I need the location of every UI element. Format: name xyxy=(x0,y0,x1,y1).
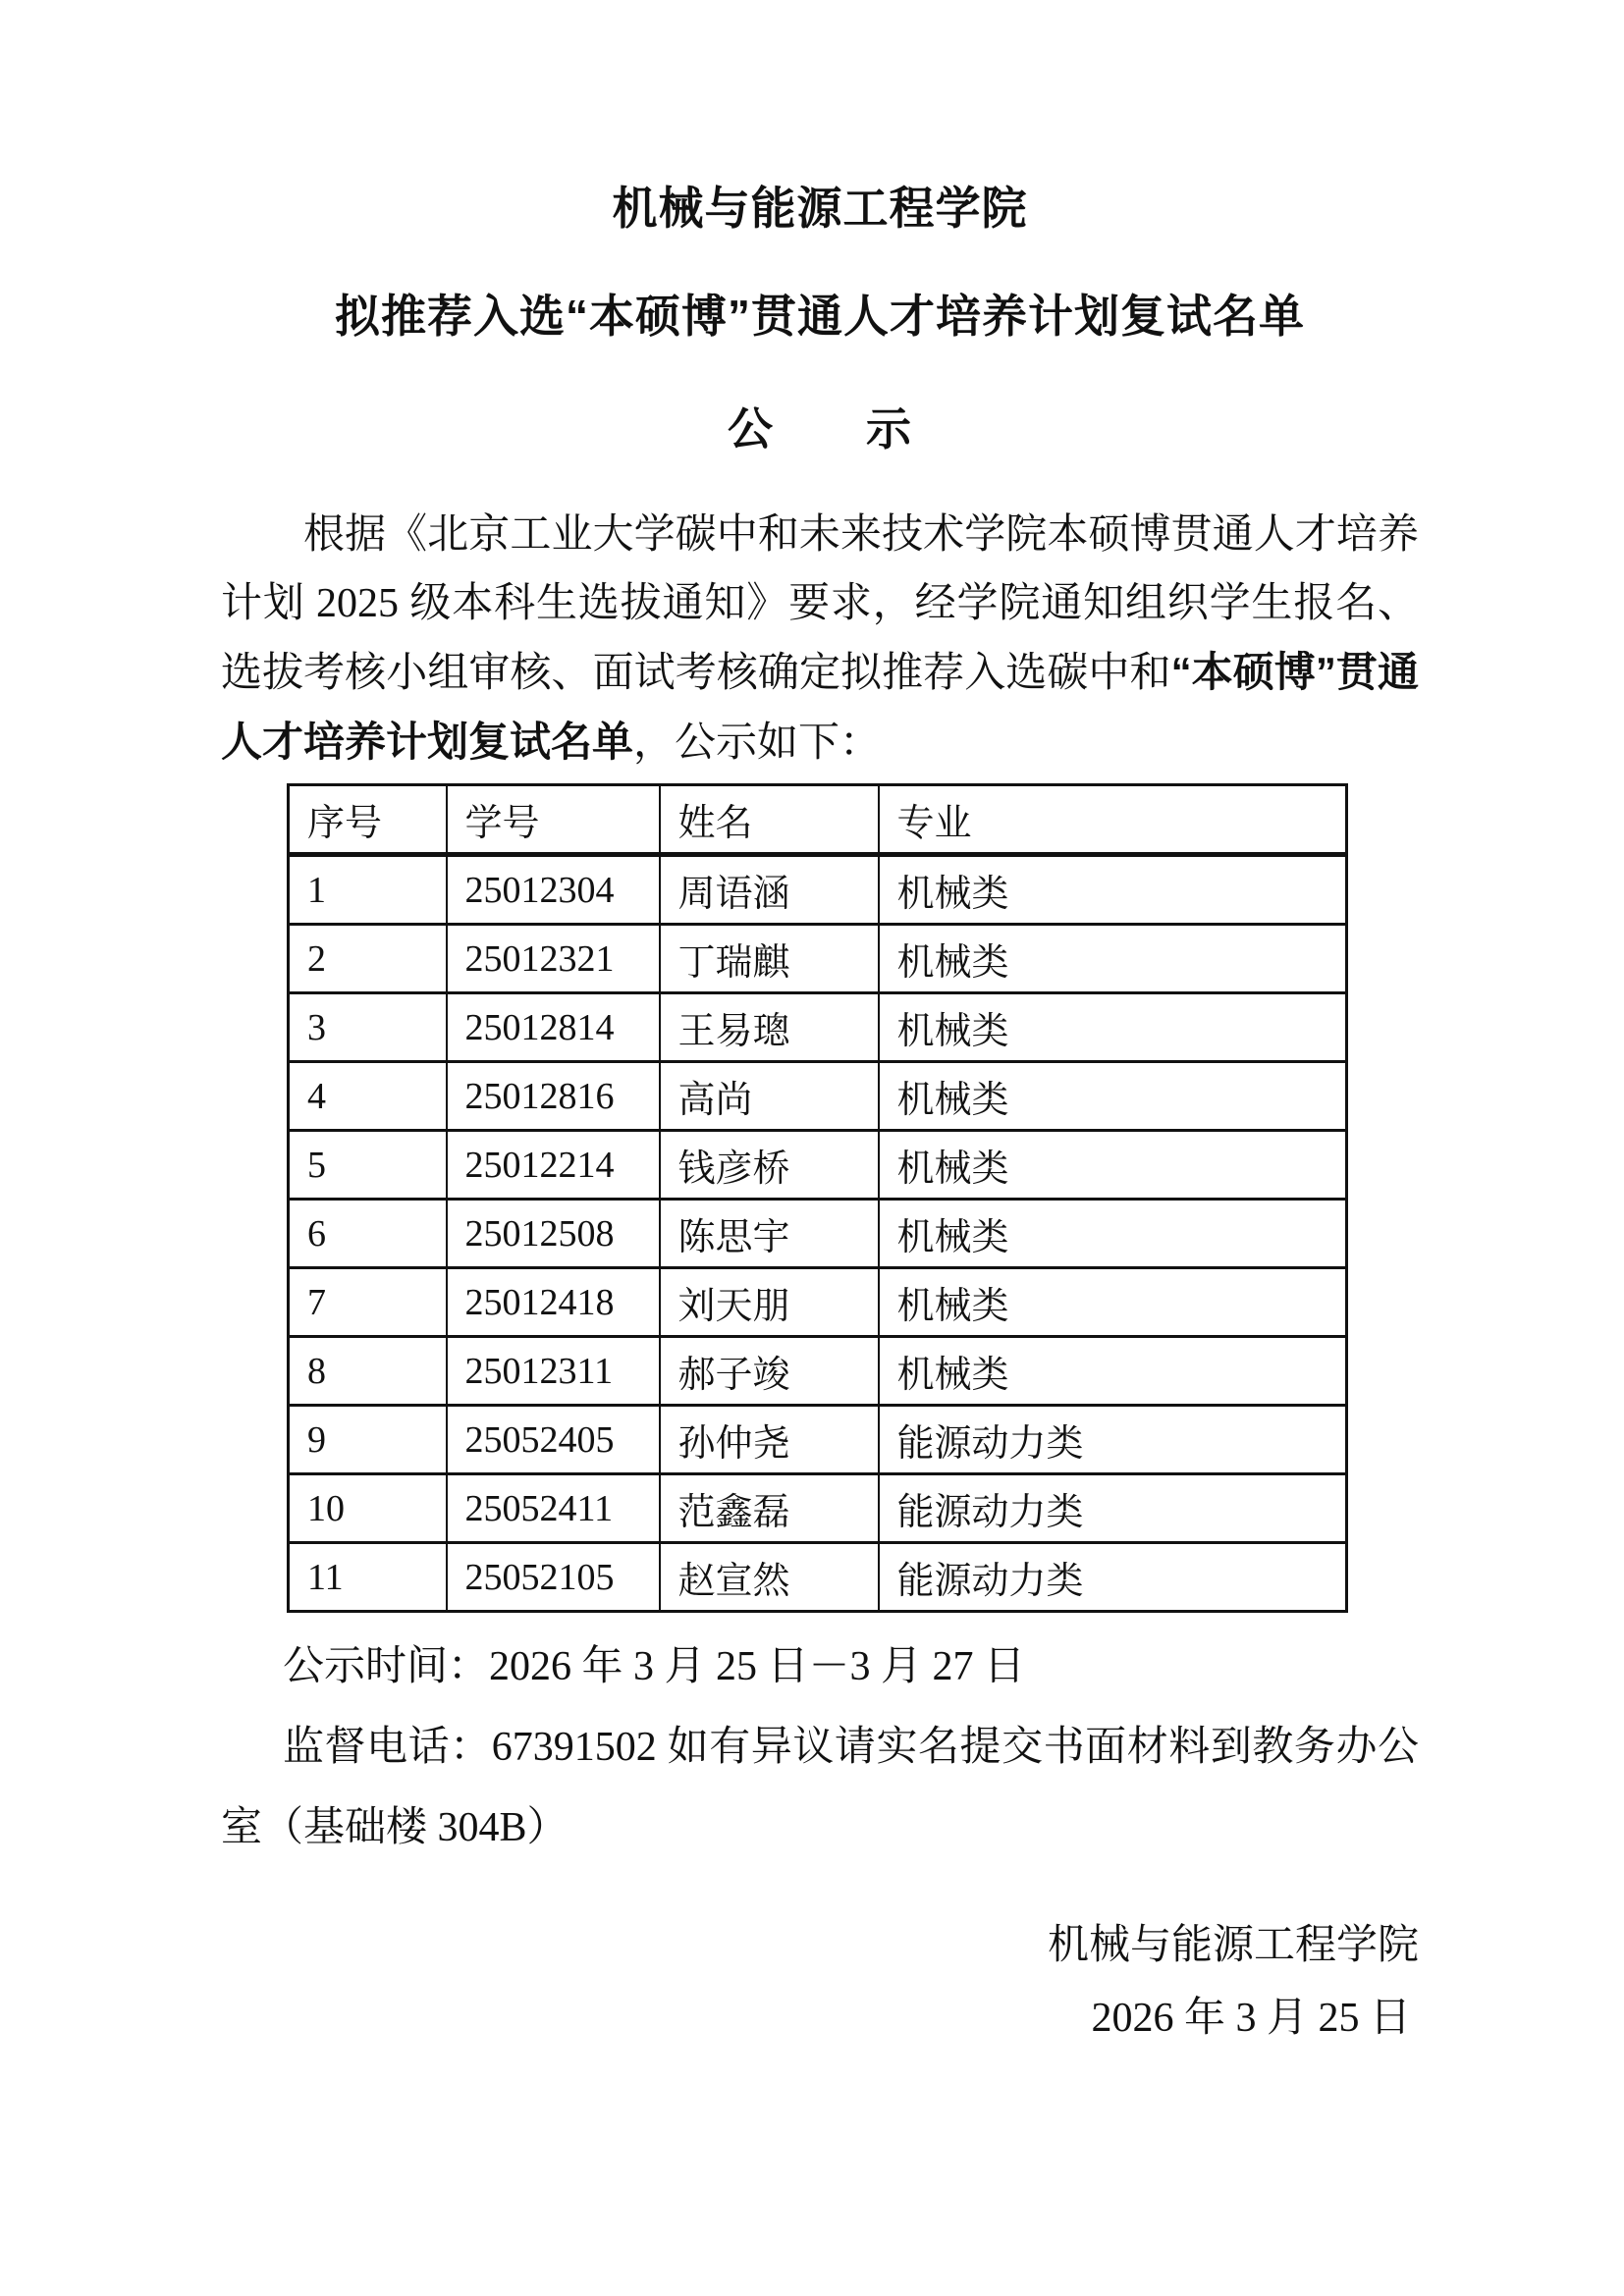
cell-serial-number: 1 xyxy=(289,855,447,925)
cell-serial-number: 10 xyxy=(289,1474,447,1543)
candidate-table: 序号 学号 姓名 专业 125012304周语涵机械类225012321丁瑞麒机… xyxy=(287,783,1348,1613)
table-header-row: 序号 学号 姓名 专业 xyxy=(289,785,1347,855)
cell-student-id: 25012508 xyxy=(447,1200,660,1268)
cell-student-id: 25052405 xyxy=(447,1406,660,1474)
cell-student-id: 25052411 xyxy=(447,1474,660,1543)
table-row: 325012814王易璁机械类 xyxy=(289,993,1347,1062)
intro-tail: ，公示如下： xyxy=(633,721,881,766)
cell-major: 能源动力类 xyxy=(879,1474,1347,1543)
cell-student-id: 25012214 xyxy=(447,1131,660,1200)
cell-student-id: 25012304 xyxy=(447,855,660,925)
header-major: 专业 xyxy=(879,785,1347,855)
cell-serial-number: 8 xyxy=(289,1337,447,1406)
table-row: 1125052105赵宣然能源动力类 xyxy=(289,1543,1347,1612)
cell-serial-number: 11 xyxy=(289,1543,447,1612)
cell-major: 机械类 xyxy=(879,1062,1347,1131)
table-row: 425012816高尚机械类 xyxy=(289,1062,1347,1131)
cell-student-id: 25012311 xyxy=(447,1337,660,1406)
table-row: 1025052411范鑫磊能源动力类 xyxy=(289,1474,1347,1543)
cell-major: 能源动力类 xyxy=(879,1543,1347,1612)
document-page: 机械与能源工程学院 拟推荐入选“本硕博”贯通人才培养计划复试名单 公 示 根据《… xyxy=(0,0,1624,2296)
cell-name: 周语涵 xyxy=(660,855,879,925)
cell-student-id: 25012814 xyxy=(447,993,660,1062)
cell-name: 钱彦桥 xyxy=(660,1131,879,1200)
cell-name: 王易璁 xyxy=(660,993,879,1062)
cell-name: 陈思宇 xyxy=(660,1200,879,1268)
table-row: 125012304周语涵机械类 xyxy=(289,855,1347,925)
publicity-period-line: 公示时间：2026 年 3 月 25 日－3 月 27 日 xyxy=(221,1627,1419,1707)
cell-major: 机械类 xyxy=(879,1268,1347,1337)
table-row: 625012508陈思宇机械类 xyxy=(289,1200,1347,1268)
college-title: 机械与能源工程学院 xyxy=(221,182,1419,236)
cell-major: 机械类 xyxy=(879,1131,1347,1200)
cell-major: 机械类 xyxy=(879,993,1347,1062)
intro-paragraph: 根据《北京工业大学碳中和未来技术学院本硕博贯通人才培养计划 2025 级本科生选… xyxy=(221,501,1419,777)
table-row: 825012311郝子竣机械类 xyxy=(289,1337,1347,1406)
cell-name: 赵宣然 xyxy=(660,1543,879,1612)
cell-serial-number: 9 xyxy=(289,1406,447,1474)
cell-name: 范鑫磊 xyxy=(660,1474,879,1543)
cell-name: 郝子竣 xyxy=(660,1337,879,1406)
cell-serial-number: 5 xyxy=(289,1131,447,1200)
cell-major: 机械类 xyxy=(879,1337,1347,1406)
cell-student-id: 25052105 xyxy=(447,1543,660,1612)
signature-college: 机械与能源工程学院 xyxy=(221,1909,1419,1982)
cell-student-id: 25012816 xyxy=(447,1062,660,1131)
cell-serial-number: 6 xyxy=(289,1200,447,1268)
header-serial-number: 序号 xyxy=(289,785,447,855)
table-body: 125012304周语涵机械类225012321丁瑞麒机械类325012814王… xyxy=(289,855,1347,1612)
cell-name: 丁瑞麒 xyxy=(660,925,879,993)
cell-serial-number: 4 xyxy=(289,1062,447,1131)
table-row: 225012321丁瑞麒机械类 xyxy=(289,925,1347,993)
cell-major: 机械类 xyxy=(879,925,1347,993)
document-subtitle: 拟推荐入选“本硕博”贯通人才培养计划复试名单 xyxy=(221,290,1419,344)
table-row: 925052405孙仲尧能源动力类 xyxy=(289,1406,1347,1474)
signature-block: 机械与能源工程学院 2026 年 3 月 25 日 xyxy=(221,1909,1419,2055)
notice-heading: 公 示 xyxy=(221,402,1419,456)
cell-serial-number: 7 xyxy=(289,1268,447,1337)
supervision-phone-line: 监督电话：67391502 如有异议请实名提交书面材料到教务办公室（基础楼 30… xyxy=(221,1707,1419,1868)
table-row: 725012418刘天朋机械类 xyxy=(289,1268,1347,1337)
cell-name: 刘天朋 xyxy=(660,1268,879,1337)
cell-major: 机械类 xyxy=(879,1200,1347,1268)
header-name: 姓名 xyxy=(660,785,879,855)
cell-major: 能源动力类 xyxy=(879,1406,1347,1474)
cell-serial-number: 3 xyxy=(289,993,447,1062)
cell-major: 机械类 xyxy=(879,855,1347,925)
cell-name: 高尚 xyxy=(660,1062,879,1131)
cell-student-id: 25012321 xyxy=(447,925,660,993)
cell-name: 孙仲尧 xyxy=(660,1406,879,1474)
header-student-id: 学号 xyxy=(447,785,660,855)
cell-student-id: 25012418 xyxy=(447,1268,660,1337)
cell-serial-number: 2 xyxy=(289,925,447,993)
table-row: 525012214钱彦桥机械类 xyxy=(289,1131,1347,1200)
signature-date: 2026 年 3 月 25 日 xyxy=(221,1982,1419,2055)
